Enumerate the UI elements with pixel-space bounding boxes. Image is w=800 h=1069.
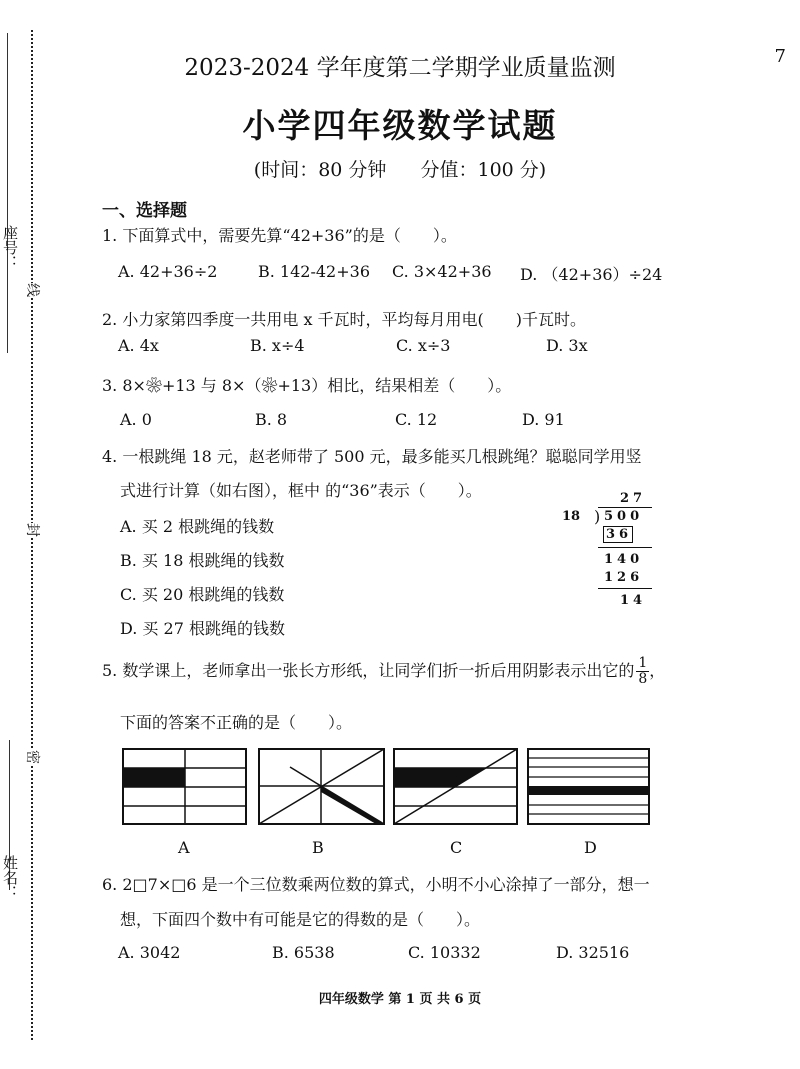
q1-option-a: A. 42+36÷2 — [118, 262, 217, 281]
division-rule-2 — [598, 588, 652, 589]
figure-a — [122, 748, 248, 826]
q1-option-b: B. 142-42+36 — [258, 262, 370, 281]
q1-option-c: C. 3×42+36 — [392, 262, 492, 281]
q3-option-b: B. 8 — [255, 410, 287, 429]
division-remainder: 14 — [620, 593, 646, 608]
q3-option-d: D. 91 — [522, 410, 565, 429]
q2-option-c: C. x÷3 — [396, 336, 450, 355]
section-heading: 一、选择题 — [102, 196, 187, 221]
q4-option-c: C. 买 20 根跳绳的钱数 — [120, 582, 284, 605]
question-3-stem: 3. 8×❀+13 与 8×（❀+13）相比，结果相差（ ）。 — [102, 373, 511, 396]
q6-option-d: D. 32516 — [556, 943, 629, 962]
question-4-stem-line2: 式进行计算（如右图），框中 的“36”表示（ ）。 — [120, 478, 482, 501]
exam-time: (时间：80 分钟 — [254, 159, 387, 181]
figure-label-c: C — [450, 838, 462, 857]
division-bracket: ) — [594, 507, 604, 526]
division-step2: 126 — [604, 570, 643, 585]
q6-option-b: B. 6538 — [272, 943, 335, 962]
q6-option-c: C. 10332 — [408, 943, 481, 962]
name-label: 姓名： — [0, 855, 21, 900]
figure-c — [393, 748, 519, 826]
division-dividend: 500 — [604, 509, 643, 524]
q2-option-b: B. x÷4 — [250, 336, 305, 355]
figure-b — [258, 748, 386, 826]
exam-subtitle: 2023-2024 学年度第二学期学业质量监测 — [0, 49, 800, 82]
q1-option-d: D. （42+36）÷24 — [520, 262, 662, 285]
exam-score: 分值：100 分) — [420, 159, 546, 181]
question-2-stem: 2. 小力家第四季度一共用电 x 千瓦时，平均每月用电( )千瓦时。 — [102, 307, 586, 330]
exam-meta: (时间：80 分钟 分值：100 分) — [0, 155, 800, 182]
seal-char-line: 线 — [23, 283, 43, 297]
figure-label-a: A — [178, 838, 190, 857]
division-remainder1: 140 — [604, 552, 643, 567]
division-divisor: 18 — [562, 509, 580, 524]
page-footer: 四年级数学 第 1 页 共 6 页 — [0, 988, 800, 1007]
q2-option-d: D. 3x — [546, 336, 588, 355]
q6-option-a: A. 3042 — [118, 943, 180, 962]
seal-char-secret: 密 — [23, 750, 43, 764]
question-6-stem-line2: 想，下面四个数中有可能是它的得数的是（ ）。 — [120, 907, 480, 930]
question-1-stem: 1. 下面算式中，需要先算“42+36”的是（ ）。 — [102, 223, 457, 246]
question-5-stem-line1: 5. 数学课上，老师拿出一张长方形纸，让同学们折一折后用阴影表示出它的18， — [102, 656, 665, 687]
fraction-one-eighth: 18 — [636, 656, 649, 687]
q3-option-c: C. 12 — [395, 410, 437, 429]
division-quotient: 27 — [620, 491, 646, 506]
q4-option-a: A. 买 2 根跳绳的钱数 — [120, 514, 274, 537]
division-bar — [598, 507, 652, 508]
q3-option-a: A. 0 — [120, 410, 152, 429]
division-rule-1 — [598, 547, 652, 548]
question-4-stem-line1: 4. 一根跳绳 18 元，赵老师带了 500 元，最多能买几根跳绳？聪聪同学用竖 — [102, 444, 642, 467]
division-step1-boxed: 36 — [603, 526, 633, 543]
q4-option-b: B. 买 18 根跳绳的钱数 — [120, 548, 284, 571]
seat-label: 座号： — [0, 225, 21, 270]
question-6-stem-line1: 6. 2□7×□6 是一个三位数乘两位数的算式，小明不小心涂掉了一部分，想一 — [102, 872, 650, 895]
exam-title: 小学四年级数学试题 — [0, 100, 800, 147]
figure-d — [527, 748, 651, 826]
q2-option-a: A. 4x — [118, 336, 159, 355]
figure-label-b: B — [312, 838, 324, 857]
q4-option-d: D. 买 27 根跳绳的钱数 — [120, 616, 285, 639]
long-division-figure: 27 18 ) 500 36 140 126 14 — [560, 487, 660, 617]
seal-char-seal: 封 — [23, 523, 43, 537]
question-5-stem-line2: 下面的答案不正确的是（ ）。 — [120, 710, 352, 733]
figure-label-d: D — [584, 838, 597, 857]
